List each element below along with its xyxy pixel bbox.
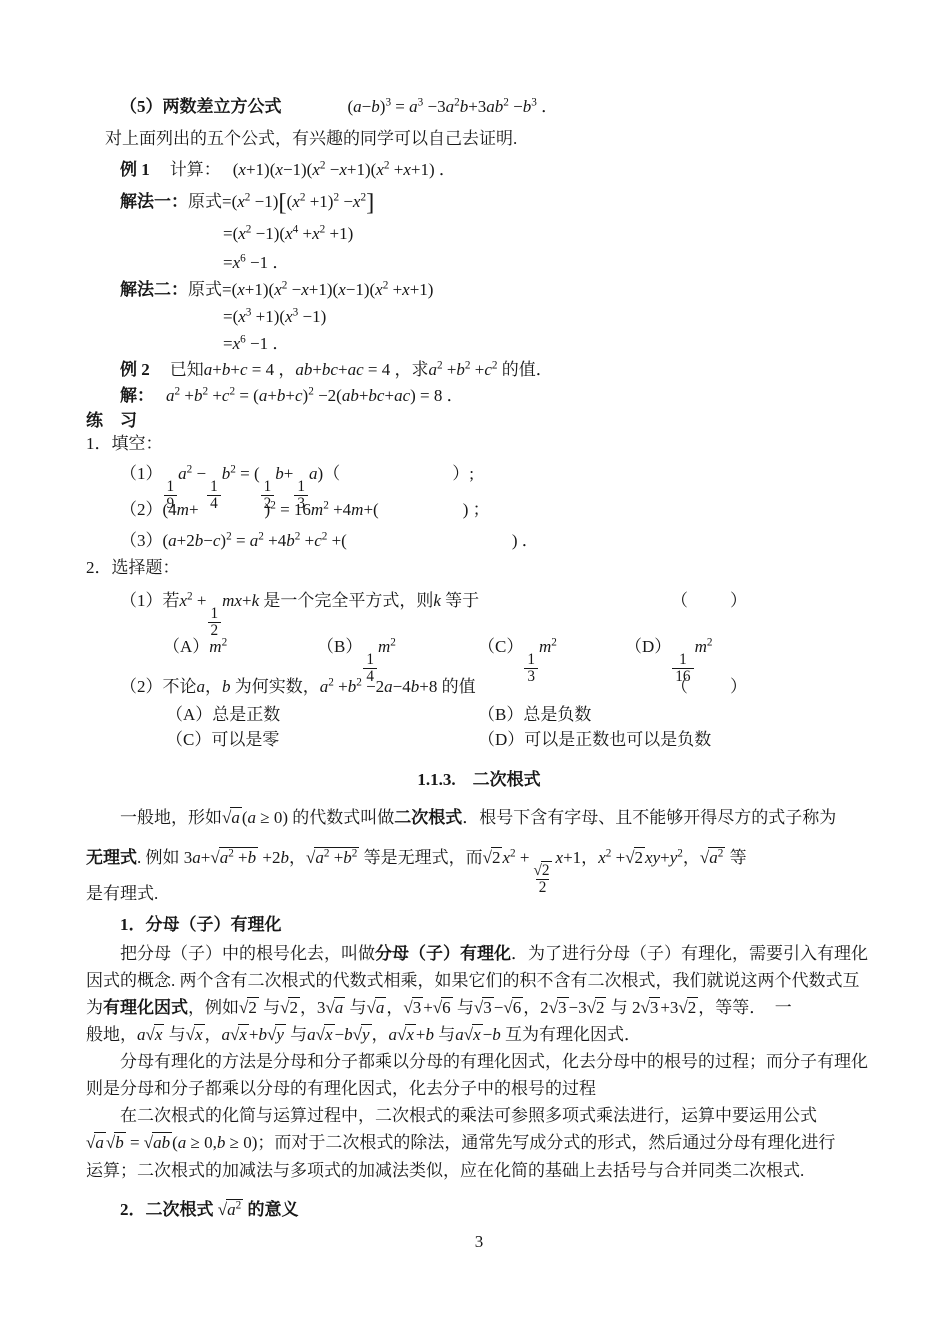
formula-note-line: 对上面列出的五个公式，有兴趣的同学可以自己去证明. (86, 123, 872, 154)
solution-1-step-2: =(x2 −1)(x4 +x2 +1) (223, 224, 353, 243)
spacer (221, 174, 233, 175)
operations-para-line-2: √a√b = √ab(a ≥ 0,b ≥ 0)；而对于二次根式的除法，通常先写成… (86, 1129, 872, 1157)
method-para-line-2: 则是分母和分子都乘以分母的有理化因式，化去分子中的根号的过程 (86, 1075, 872, 1102)
example-1-line: 例 1计算：(x+1)(x−1)(x2 −x+1)(x2 +x+1) ． (86, 154, 872, 185)
option-a: （A）m2 (163, 622, 317, 672)
solution-1-step-1: 原式=(x2 −1)[(x2 +1)2 −x2] (188, 192, 374, 211)
example-2-expression: 已知a+b+c = 4 ，ab+bc+ac = 4 ，求a2 +b2 +c2 的… (170, 360, 553, 379)
operations-para-line-1: 在二次根式的化简与运算过程中，二次根式的乘法可参照多项式乘法进行，运算中要运用公… (86, 1102, 872, 1129)
option-b: （B）总是负数 (478, 702, 591, 727)
solution-2-step-2: =(x3 +1)(x3 −1) (223, 307, 326, 326)
spacer (282, 111, 348, 112)
option-a: （A）总是正数 (166, 702, 478, 727)
subsection-1-heading: 1．分母（子）有理化 (86, 910, 872, 940)
solution-2-line-3: =x6 −1 ． (86, 330, 872, 357)
example-2-solution-expression: a2 +b2 +c2 = (a+b+c)2 −2(ab+bc+ac) = 8 ． (166, 386, 464, 405)
exercises-title: 练 习 (86, 409, 872, 432)
example-1-label: 例 1 (120, 160, 150, 179)
solution-1-line-1: 解法一：原式=(x2 −1)[(x2 +1)2 −x2] (86, 185, 872, 219)
page-number: 3 (86, 1231, 872, 1253)
solution-1-label: 解法一： (120, 192, 188, 211)
formula-5-line: （5）两数差立方公式(a−b)3 = a3 −3a2b+3ab2 −b3 ． (86, 90, 872, 123)
rationalize-para-line-4: 般地，a√x 与√x，a√x+b√y 与a√x−b√y，a√x+b 与a√x−b… (86, 1021, 872, 1048)
choice-q2-options-row-1: （A）总是正数（B）总是负数 (86, 702, 872, 727)
solution-2-line-1: 解法二：原式=(x+1)(x2 −x+1)(x−1)(x2 +x+1) (86, 276, 872, 303)
choice-q2-answer-blank: （） (671, 672, 747, 702)
choice-q2-options-row-2: （C）可以是零（D）可以是正数也可以是负数 (86, 727, 872, 752)
section-heading: 1.1.3. 二次根式 (86, 766, 872, 794)
solution-1-line-2: =(x2 −1)(x4 +x2 +1) (86, 219, 872, 249)
choice-q2-text: （2）不论a，b 为何实数，a2 +b2 −2a−4b+8 的值 (120, 672, 476, 702)
rationalize-para-line-2: 因式的概念. 两个含有二次根式的代数式相乘，如果它们的积不含有二次根式，我们就说… (86, 967, 872, 994)
rationalize-para-line-1: 把分母（子）中的根号化去，叫做分母（子）有理化．为了进行分母（子）有理化，需要引… (86, 940, 872, 967)
fill-in-item-2: （2）(4m+)2 = 16m2 +4m+() ； (86, 493, 872, 527)
fill-in-label: 1．填空： (86, 432, 872, 455)
solution-1-step-3: =x6 −1 ． (223, 253, 289, 272)
choice-q1-options: （A）m2（B）14m2（C）13m2（D）116m2 (86, 622, 872, 672)
choice-q2-line: （2）不论a，b 为何实数，a2 +b2 −2a−4b+8 的值（） (86, 672, 872, 702)
example-2-solution-line: 解：a2 +b2 +c2 = (a+b+c)2 −2(ab+bc+ac) = 8… (86, 383, 872, 409)
option-c: （C）13m2 (478, 622, 625, 672)
spacer (150, 174, 170, 175)
choice-label: 2．选择题： (86, 555, 872, 580)
example-2-label: 例 2 (120, 360, 150, 379)
solution-2-line-2: =(x3 +1)(x3 −1) (86, 303, 872, 330)
solution-2-label: 解法二： (120, 280, 188, 299)
fill-in-item-1: （1）19a2 −14b2 = (12b+13a)（）; (86, 455, 872, 493)
intro-line-1: 一般地，形如√a(a ≥ 0) 的代数式叫做二次根式．根号下含有字母、且不能够开… (86, 800, 872, 836)
choice-q1-text: （1）若x2 +12mx+k 是一个完全平方式，则k 等于 (120, 580, 479, 622)
example-1-prompt: 计算： (170, 160, 221, 179)
option-d: （D）可以是正数也可以是负数 (478, 727, 711, 752)
intro-line-3: 是有理式. (86, 880, 872, 908)
formula-5-expression: (a−b)3 = a3 −3a2b+3ab2 −b3 ． (348, 97, 559, 116)
option-c: （C）可以是零 (166, 727, 478, 752)
intro-line-2: 无理式. 例如 3a+√a2 +b +2b，√a2 +b2 等是无理式，而√2x… (86, 836, 872, 880)
solution-2-step-1: 原式=(x+1)(x2 −x+1)(x−1)(x2 +x+1) (188, 280, 433, 299)
page: （5）两数差立方公式(a−b)3 = a3 −3a2b+3ab2 −b3 ． 对… (0, 0, 950, 1344)
choice-q1-answer-blank: （） (671, 580, 747, 622)
spacer (150, 374, 170, 375)
example-2-line: 例 2已知a+b+c = 4 ，ab+bc+ac = 4 ，求a2 +b2 +c… (86, 357, 872, 383)
solution-1-line-3: =x6 −1 ． (86, 249, 872, 276)
example-1-expression: (x+1)(x−1)(x2 −x+1)(x2 +x+1) ． (233, 160, 456, 179)
method-para-line-1: 分母有理化的方法是分母和分子都乘以分母的有理化因式，化去分母中的根号的过程；而分… (86, 1048, 872, 1075)
example-2-solution-label: 解： (120, 386, 154, 405)
fill-in-item-3: （3）(a+2b−c)2 = a2 +4b2 +c2 +() ． (86, 527, 872, 555)
formula-5-label: （5）两数差立方公式 (120, 97, 282, 116)
rationalize-para-line-3: 为有理化因式，例如√2 与√2，3√a 与√a，√3+√6 与√3−√6，2√3… (86, 994, 872, 1021)
subsection-2-heading: 2．二次根式 √a2 的意义 (86, 1195, 872, 1225)
option-d: （D）116m2 (625, 622, 712, 672)
operations-para-line-3: 运算；二次根式的加减法与多项式的加减法类似，应在化简的基础上去括号与合并同类二次… (86, 1157, 872, 1185)
solution-2-step-3: =x6 −1 ． (223, 334, 289, 353)
spacer (154, 400, 166, 401)
option-b: （B）14m2 (317, 622, 478, 672)
choice-q1-line: （1）若x2 +12mx+k 是一个完全平方式，则k 等于（） (86, 580, 872, 622)
